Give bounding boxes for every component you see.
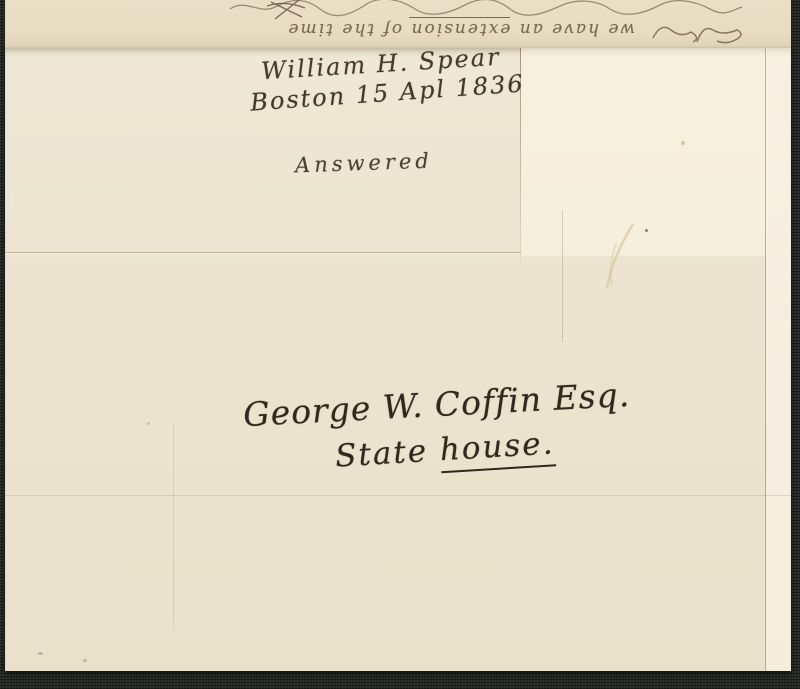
answered-note: Answered [295,149,434,178]
verso-fragment-underlined: extension [410,17,511,39]
paper-speck [681,141,685,145]
paper-speck [38,652,43,655]
verso-fragment-pre: we have an [510,19,635,39]
verso-handwriting-fragment: we have an extension of the time [173,12,635,44]
paper-speck [83,659,87,662]
paper-speck [147,422,150,425]
letter-sheet: William H. Spear Boston 15 Apl 1836 Answ… [5,48,791,671]
address-location-word: State [334,432,441,474]
stain-mark [5,48,791,671]
paper-speck [645,229,648,232]
address-location-underlined: house. [439,425,556,473]
photo-background: we have an extension of the time William… [0,0,800,689]
verso-fragment-post: of the time [286,19,409,39]
verso-sheet: we have an extension of the time [5,0,791,48]
